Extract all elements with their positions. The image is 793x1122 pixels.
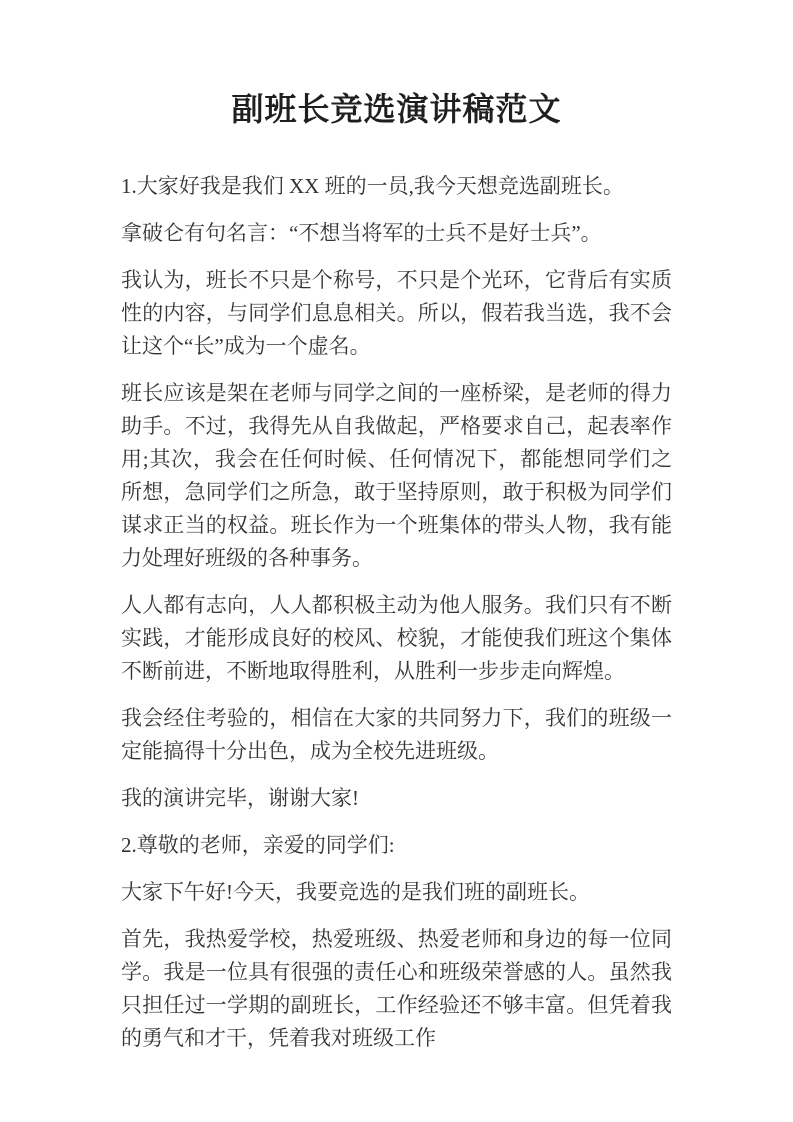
paragraph-6: 我会经住考验的，相信在大家的共同努力下，我们的班级一定能搞得十分出色，成为全校先… — [121, 702, 672, 768]
paragraph-3: 我认为，班长不只是个称号，不只是个光环，它背后有实质性的内容，与同学们息息相关。… — [121, 264, 672, 363]
paragraph-1: 1.大家好我是我们 XX 班的一员,我今天想竞选副班长。 — [121, 170, 672, 203]
paragraph-10: 首先，我热爱学校，热爱班级、热爱老师和身边的每一位同学。我是一位具有很强的责任心… — [121, 923, 672, 1055]
document-page: 副班长竞选演讲稿范文 1.大家好我是我们 XX 班的一员,我今天想竞选副班长。 … — [0, 0, 793, 1122]
document-body: 1.大家好我是我们 XX 班的一员,我今天想竞选副班长。 拿破仑有句名言：“不想… — [121, 170, 672, 1055]
paragraph-8: 2.尊敬的老师，亲爱的同学们: — [121, 829, 672, 862]
paragraph-9: 大家下午好!今天，我要竞选的是我们班的副班长。 — [121, 876, 672, 909]
paragraph-5: 人人都有志向，人人都积极主动为他人服务。我们只有不断实践，才能形成良好的校风、校… — [121, 589, 672, 688]
page-title: 副班长竞选演讲稿范文 — [121, 88, 672, 130]
paragraph-2: 拿破仑有句名言：“不想当将军的士兵不是好士兵”。 — [121, 217, 672, 250]
paragraph-4: 班长应该是架在老师与同学之间的一座桥梁，是老师的得力助手。不过，我得先从自我做起… — [121, 377, 672, 575]
paragraph-7: 我的演讲完毕，谢谢大家! — [121, 782, 672, 815]
